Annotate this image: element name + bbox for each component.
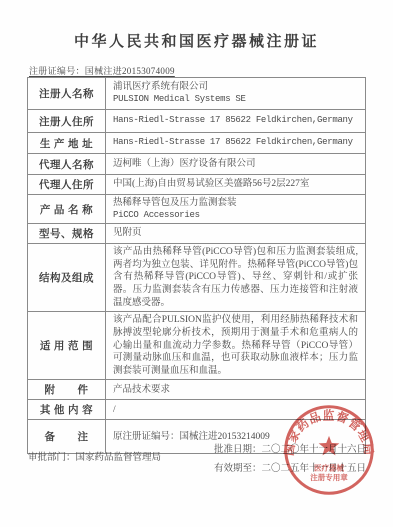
approval-date: 批准日期：二〇二〇年十一月十六日 [214,441,366,455]
attachment-text: 产品技术要求 [113,384,358,397]
registrant-name-zh: 浦讯医疗系统有限公司 [113,81,358,94]
table-row-structure-composition: 结构及组成 该产品由热稀释导管(PiCCO导管)包和压力监测套装组成,两者均为独… [28,244,365,312]
table-row-production-address: 生 产 地 址 Hans-Riedl-Strasse 17 85622 Feld… [28,133,365,154]
table-row-intended-use: 适 用 范 围 该产品配合PULSION监护仪使用，利用经肺热稀释技术和脉搏波型… [28,312,365,380]
table-row-product-name: 产 品 名 称 热稀释导管包及压力监测套装 PiCCO Accessories [28,195,365,224]
row-value: 热稀释导管包及压力监测套装 PiCCO Accessories [106,195,365,223]
row-value: 该产品配合PULSION监护仪使用，利用经肺热稀释技术和脉搏波型轮廓分析技术，预… [106,312,365,379]
table-row-registrant-name: 注册人名称 浦讯医疗系统有限公司 PULSION Medical Systems… [28,78,365,110]
registrant-name-en: PULSION Medical Systems SE [113,94,358,106]
product-name-zh: 热稀释导管包及压力监测套装 [113,197,358,210]
row-label: 结构及组成 [28,244,106,311]
row-label: 型号、规格 [28,224,106,243]
certificate-page: 中华人民共和国医疗器械注册证 注册证编号：国械注进20153074009 注册人… [0,0,393,527]
row-value: / [106,400,365,419]
agent-address: 中国(上海)自由贸易试验区美盛路56号2层227室 [113,178,358,191]
row-label: 代理人名称 [28,154,106,174]
page-title: 中华人民共和国医疗器械注册证 [0,30,393,51]
row-label: 适 用 范 围 [28,312,106,379]
row-label: 附 件 [28,380,106,399]
approval-department: 审批部门：国家药品监督管理局 [28,449,161,463]
production-address: Hans-Riedl-Strasse 17 85622 Feldkirchen,… [113,137,358,149]
registrant-address: Hans-Riedl-Strasse 17 85622 Feldkirchen,… [113,115,358,127]
row-label: 产 品 名 称 [28,195,106,223]
valid-until-date: 有效期至：二〇二五年十一月十五日 [214,460,366,474]
other-content-text: / [113,404,358,417]
certificate-number: 注册证编号：国械注进20153074009 [29,64,175,77]
row-value: Hans-Riedl-Strasse 17 85622 Feldkirchen,… [106,110,365,132]
row-value: 产品技术要求 [106,380,365,399]
table-row-agent-address: 代理人住所 中国(上海)自由贸易试验区美盛路56号2层227室 [28,175,365,195]
row-value: 见附页 [106,224,365,243]
table-row-model-spec: 型号、规格 见附页 [28,224,365,244]
product-name-en: PiCCO Accessories [113,210,358,222]
row-value: 浦讯医疗系统有限公司 PULSION Medical Systems SE [106,78,365,109]
row-value: 该产品由热稀释导管(PiCCO导管)包和压力监测套装组成,两者均为独立包装、详见… [106,244,365,311]
row-value: Hans-Riedl-Strasse 17 85622 Feldkirchen,… [106,133,365,153]
row-value: 中国(上海)自由贸易试验区美盛路56号2层227室 [106,175,365,194]
certificate-table: 注册人名称 浦讯医疗系统有限公司 PULSION Medical Systems… [27,77,366,454]
row-value: 迈柯唯（上海）医疗设备有限公司 [106,154,365,174]
model-spec: 见附页 [113,227,358,240]
table-row-registrant-address: 注册人住所 Hans-Riedl-Strasse 17 85622 Feldki… [28,110,365,133]
table-row-attachment: 附 件 产品技术要求 [28,380,365,400]
row-label: 注册人名称 [28,78,106,109]
agent-name: 迈柯唯（上海）医疗设备有限公司 [113,158,358,171]
row-label: 其 他 内 容 [28,400,106,419]
table-row-other-content: 其 他 内 容 / [28,400,365,420]
row-label: 生 产 地 址 [28,133,106,153]
row-label: 代理人住所 [28,175,106,194]
row-label: 注册人住所 [28,110,106,132]
table-row-agent-name: 代理人名称 迈柯唯（上海）医疗设备有限公司 [28,154,365,175]
structure-composition-text: 该产品由热稀释导管(PiCCO导管)包和压力监测套装组成,两者均为独立包装、详见… [113,246,358,309]
intended-use-text: 该产品配合PULSION监护仪使用，利用经肺热稀释技术和脉搏波型轮廓分析技术，预… [113,314,358,377]
